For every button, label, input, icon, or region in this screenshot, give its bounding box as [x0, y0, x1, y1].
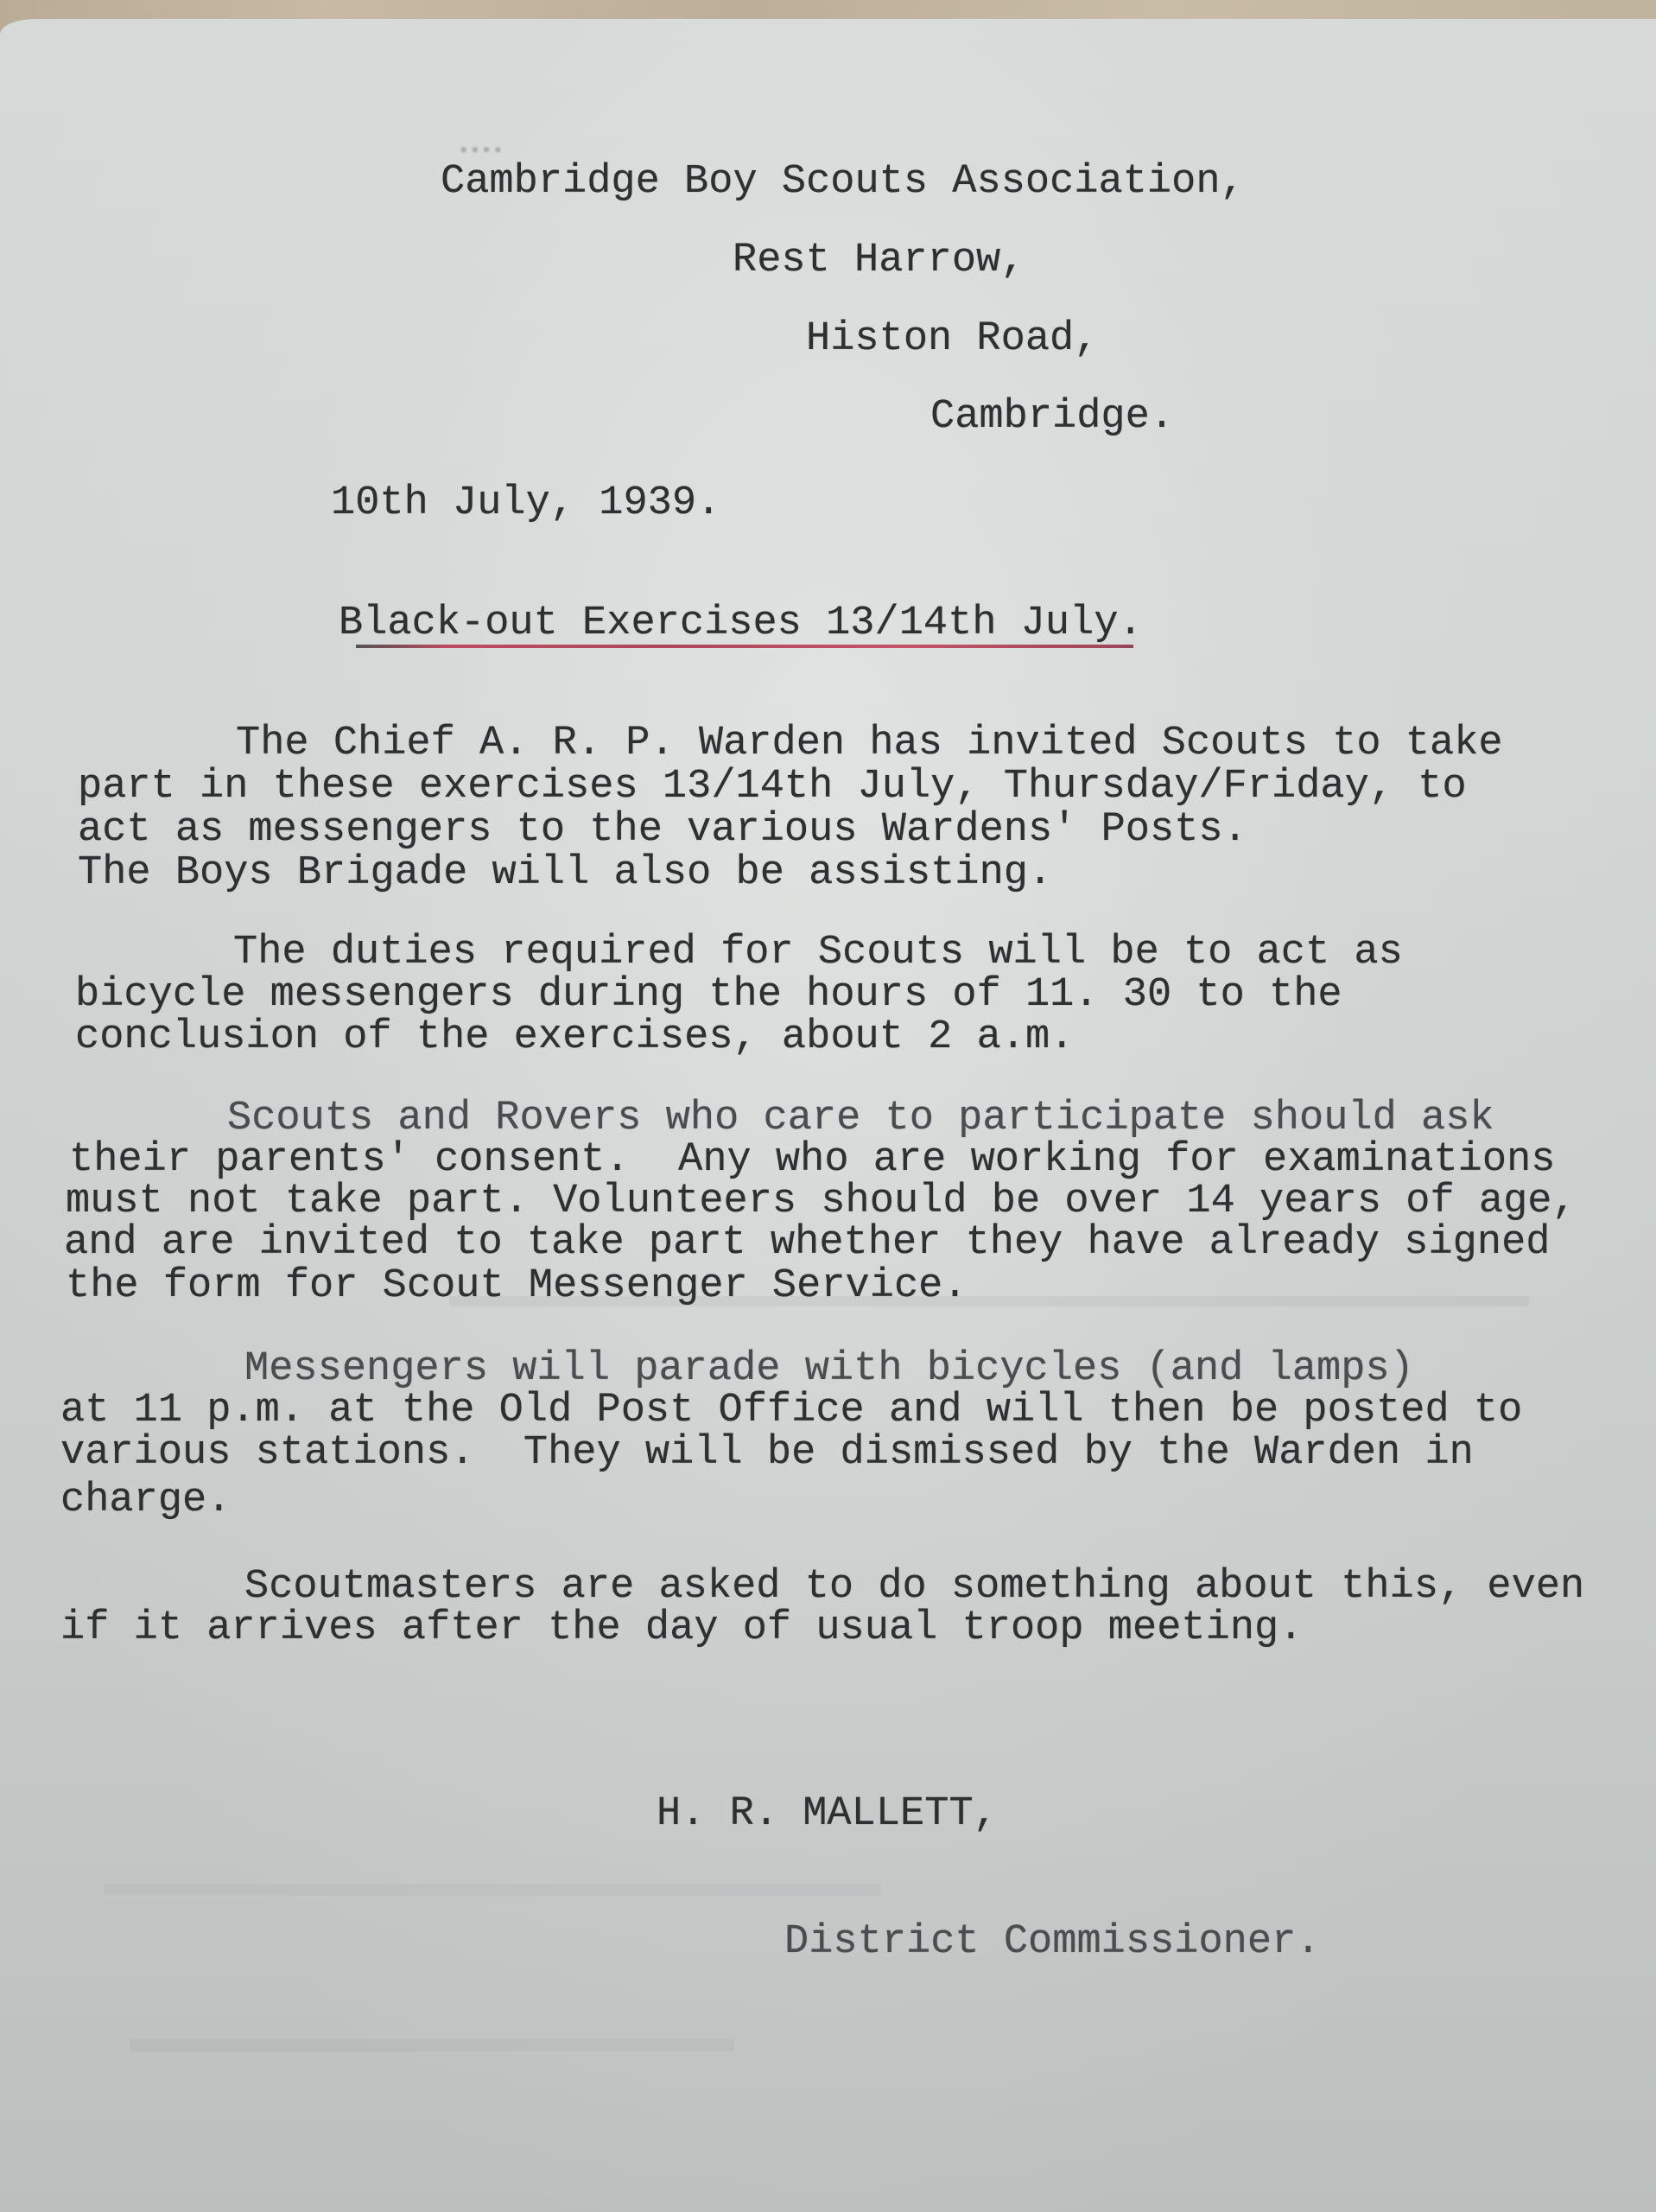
paragraph-3-line-3: must not take part. Volunteers should be… — [66, 1180, 1577, 1224]
paragraph-1-line-1: The Chief A. R. P. Warden has invited Sc… — [236, 722, 1503, 766]
bleed-through-mark — [130, 2039, 734, 2051]
paragraph-4-line-4: charge. — [60, 1479, 231, 1522]
letterhead-organization: Cambridge Boy Scouts Association, — [441, 161, 1245, 204]
letterhead-address-line-2: Histon Road, — [806, 318, 1098, 361]
signature-position: District Commissioner. — [784, 1921, 1321, 1964]
paragraph-2-line-2: bicycle messengers during the hours of 1… — [75, 974, 1342, 1017]
paragraph-2-line-1: The duties required for Scouts will be t… — [233, 931, 1403, 975]
letterhead-city: Cambridge. — [930, 396, 1174, 439]
paragraph-3-line-2: their parents' consent. Any who are work… — [69, 1139, 1555, 1182]
paragraph-3-line-5: the form for Scout Messenger Service. — [66, 1265, 968, 1308]
paragraph-2-line-3: conclusion of the exercises, about 2 a.m… — [75, 1016, 1074, 1059]
letter-date: 10th July, 1939. — [331, 482, 720, 525]
bleed-through-mark — [104, 1884, 881, 1896]
paragraph-5-line-1: Scoutmasters are asked to do something a… — [244, 1566, 1584, 1609]
paragraph-1-line-2: part in these exercises 13/14th July, Th… — [78, 766, 1467, 809]
paragraph-1-line-3: act as messengers to the various Wardens… — [78, 809, 1247, 852]
paragraph-4-line-3: various stations. They will be dismissed… — [60, 1432, 1474, 1475]
letter-title: Black-out Exercises 13/14th July. — [339, 602, 1143, 645]
paragraph-3-line-4: and are invited to take part whether the… — [64, 1222, 1550, 1265]
paragraph-1-line-4: The Boys Brigade will also be assisting. — [78, 852, 1052, 895]
paragraph-3-line-1: Scouts and Rovers who care to participat… — [227, 1097, 1494, 1141]
paragraph-4-line-1: Messengers will parade with bicycles (an… — [244, 1348, 1414, 1391]
title-underline — [356, 645, 1133, 648]
letterhead-address-line-1: Rest Harrow, — [733, 239, 1025, 283]
paragraph-5-line-2: if it arrives after the day of usual tro… — [60, 1607, 1303, 1650]
signature-name: H. R. MALLETT, — [657, 1793, 998, 1836]
paragraph-4-line-2: at 11 p.m. at the Old Post Office and wi… — [60, 1389, 1522, 1433]
